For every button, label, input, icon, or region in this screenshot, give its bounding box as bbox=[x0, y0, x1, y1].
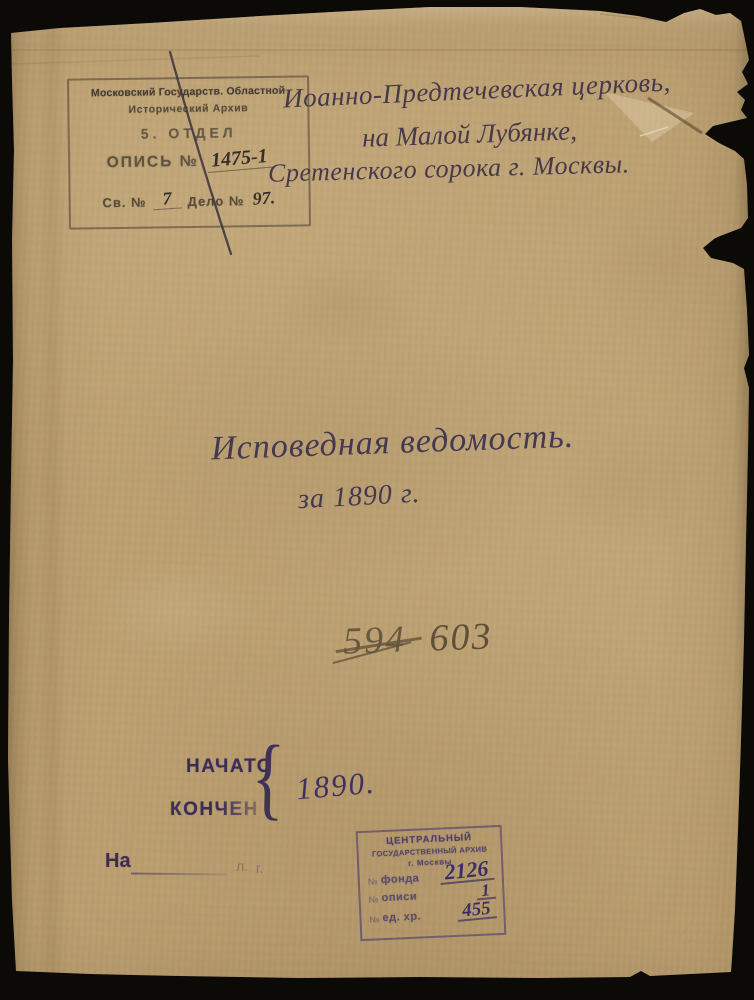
right-edge-shading bbox=[734, 0, 754, 1000]
opis-label: ОПИСЬ № bbox=[107, 153, 200, 172]
opis-bottom-label: описи bbox=[381, 891, 417, 905]
no-sign: № bbox=[368, 894, 378, 904]
finished-label: КОНЧЕН bbox=[170, 800, 259, 819]
fond-label: фонда bbox=[381, 872, 420, 886]
no-sign: № bbox=[368, 876, 378, 886]
document-title: Исповедная ведомость. bbox=[210, 418, 574, 468]
church-name-line3: Сретенского сорока г. Москвы. bbox=[268, 150, 630, 188]
church-name-line1: Иоанно-Предтечевская церковь, bbox=[283, 68, 672, 115]
ed-hr-value-handwritten: 455 bbox=[456, 899, 496, 922]
opis-value-handwritten: 1475-1 bbox=[206, 146, 272, 173]
pencil-number: 594 603 bbox=[342, 617, 493, 660]
paper-stain bbox=[270, 260, 420, 350]
delo-label: Дело № bbox=[187, 193, 244, 209]
paper-stain bbox=[90, 560, 260, 660]
sheets-underline bbox=[131, 872, 227, 875]
top-crease-line bbox=[0, 49, 754, 51]
ed-hr-label: ед. хр. bbox=[382, 911, 421, 925]
bottom-edge-shading bbox=[0, 984, 754, 1000]
left-edge-shading bbox=[0, 0, 30, 1000]
sv-label: Св. № bbox=[102, 195, 146, 211]
tear-fiber-highlight bbox=[640, 127, 668, 136]
pencil-number-crossed-out: 594 bbox=[342, 620, 406, 660]
archive-stamp-top: Московский Государств. Областной Историч… bbox=[67, 75, 311, 229]
handwritten-brace: { bbox=[250, 733, 285, 822]
faint-crease-b bbox=[12, 56, 260, 64]
spine-crease bbox=[38, 0, 66, 1000]
stamp-top-line2: Исторический Архив bbox=[69, 101, 307, 116]
sheets-prefix: На bbox=[105, 851, 131, 871]
delo-value-handwritten: 97. bbox=[250, 188, 278, 209]
faded-text: г. bbox=[256, 861, 263, 875]
faint-crease-a bbox=[600, 14, 656, 20]
stamp-top-line1: Московский Государств. Областной bbox=[69, 84, 307, 99]
church-name-line2: на Малой Лубянке, bbox=[362, 116, 578, 153]
no-sign: № bbox=[369, 914, 379, 924]
faded-text: л. bbox=[236, 859, 248, 873]
notch-highlight bbox=[705, 237, 717, 258]
archival-scan: Московский Государств. Областной Историч… bbox=[0, 0, 754, 1000]
stamp-top-department: 5. ОТДЕЛ bbox=[70, 123, 308, 142]
handwritten-year: 1890. bbox=[295, 767, 377, 805]
pencil-number-current: 603 bbox=[429, 617, 493, 657]
archive-stamp-bottom: ЦЕНТРАЛЬНЫЙ ГОСУДАРСТВЕННЫЙ АРХИВ г. Мос… bbox=[356, 825, 507, 941]
paper-cover: Московский Государств. Областной Историч… bbox=[0, 0, 754, 1000]
paper-stain bbox=[590, 180, 720, 350]
top-fold-highlight bbox=[0, 0, 754, 48]
sv-value-handwritten: 7 bbox=[152, 188, 182, 210]
tear-shadow bbox=[648, 98, 702, 133]
document-year-line: за 1890 г. bbox=[297, 479, 421, 516]
